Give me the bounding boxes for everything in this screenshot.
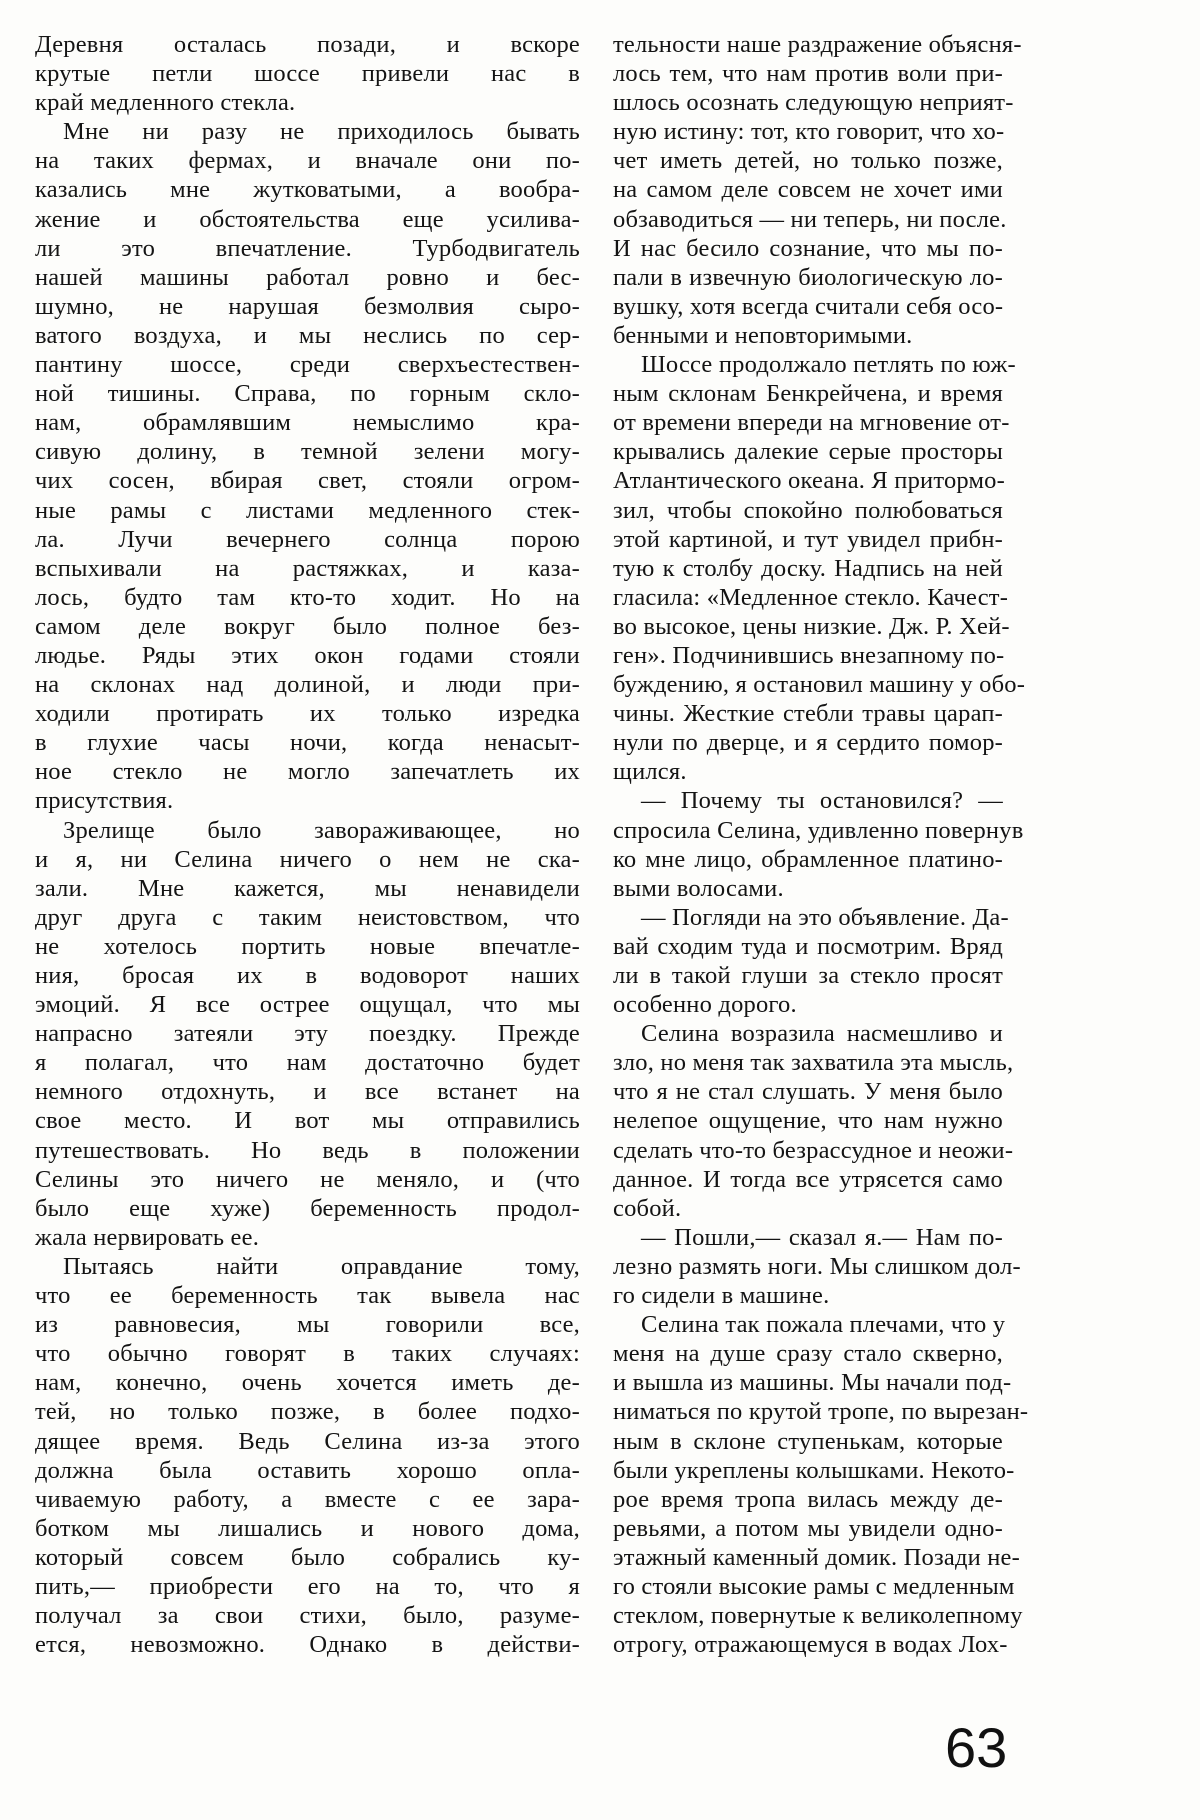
text-line: и я, ни Селина ничего о нем не ска-	[35, 845, 580, 874]
text-line: я полагал, что нам достаточно будет	[35, 1048, 580, 1077]
text-line: чины. Жесткие стебли травы царап-	[613, 699, 1003, 728]
text-line: нам, обрамлявшим немыслимо кра-	[35, 408, 580, 437]
text-line: крутые петли шоссе привели нас в	[35, 59, 580, 88]
text-line: который совсем было собрались ку-	[35, 1543, 580, 1572]
text-line: что я не стал слушать. У меня было	[613, 1077, 1003, 1106]
text-line: казались мне жутковатыми, а вообра-	[35, 175, 580, 204]
text-line: из равновесия, мы говорили все,	[35, 1310, 580, 1339]
text-line: этой картиной, и тут увидел прибн-	[613, 525, 1003, 554]
text-line: свое место. И вот мы отправились	[35, 1106, 580, 1135]
text-line: получал за свои стихи, было, разуме-	[35, 1601, 580, 1630]
text-line: Селина возразила насмешливо и	[613, 1019, 1003, 1048]
text-line: ные рамы с листами медленного стек-	[35, 496, 580, 525]
text-line: пить,— приобрести его на то, что я	[35, 1572, 580, 1601]
text-line: данное. И тогда все утрясется само	[613, 1165, 1003, 1194]
text-line: ген». Подчинившись внезапному по-	[613, 641, 1003, 670]
text-line: нашей машины работал ровно и бес-	[35, 263, 580, 292]
text-line: жала нервировать ее.	[35, 1223, 580, 1252]
text-line: Зрелище было завораживающее, но	[35, 816, 580, 845]
text-line: — Погляди на это объявление. Да-	[613, 903, 1003, 932]
text-line: на склонах над долиной, и люди при-	[35, 670, 580, 699]
text-line: шлось осознать следующую неприят-	[613, 88, 1003, 117]
text-line: ным в склоне ступенькам, которые	[613, 1427, 1003, 1456]
page-number: 63	[945, 1720, 1007, 1776]
text-line: Деревня осталась позади, и вскоре	[35, 30, 580, 59]
text-line: бенными и неповторимыми.	[613, 321, 1003, 350]
text-line: лось, будто там кто-то ходит. Но на	[35, 583, 580, 612]
text-line: вай сходим туда и посмотрим. Вряд	[613, 932, 1003, 961]
text-line: Шоссе продолжало петлять по юж-	[613, 350, 1003, 379]
text-line: во высокое, цены низкие. Дж. Р. Хей-	[613, 612, 1003, 641]
text-line: людье. Ряды этих окон годами стояли	[35, 641, 580, 670]
text-line: обзаводиться — ни теперь, ни после.	[613, 205, 1003, 234]
text-line: буждению, я остановил машину у обо-	[613, 670, 1003, 699]
text-line: лезно размять ноги. Мы слишком дол-	[613, 1252, 1003, 1281]
text-line: сделать что-то безрассудное и неожи-	[613, 1136, 1003, 1165]
text-line: чих сосен, вбирая свет, стояли огром-	[35, 466, 580, 495]
text-line: отрогу, отражающемуся в водах Лох-	[613, 1630, 1003, 1659]
text-line: Атлантического океана. Я притормо-	[613, 466, 1003, 495]
text-line: стеклом, повернутые к великолепному	[613, 1601, 1003, 1630]
text-line: рое время тропа вилась между де-	[613, 1485, 1003, 1514]
text-line: зали. Мне кажется, мы ненавидели	[35, 874, 580, 903]
text-line: Селина так пожала плечами, что у	[613, 1310, 1003, 1339]
text-line: на самом деле совсем не хочет ими	[613, 175, 1003, 204]
text-line: край медленного стекла.	[35, 88, 580, 117]
text-line: путешествовать. Но ведь в положении	[35, 1136, 580, 1165]
text-line: чиваемую работу, а вместе с ее зара-	[35, 1485, 580, 1514]
text-line: щился.	[613, 757, 1003, 786]
text-line: чет иметь детей, но только позже,	[613, 146, 1003, 175]
text-line: ным склонам Бенкрейчена, и время	[613, 379, 1003, 408]
text-line: ния, бросая их в водоворот наших	[35, 961, 580, 990]
text-line: спросила Селина, удивленно повернув	[613, 816, 1003, 845]
text-line: немного отдохнуть, и все встанет на	[35, 1077, 580, 1106]
text-line: особенно дорого.	[613, 990, 1003, 1019]
text-line: ное стекло не могло запечатлеть их	[35, 757, 580, 786]
text-line: пантину шоссе, среди сверхъестествен-	[35, 350, 580, 379]
text-line: были укреплены колышками. Некото-	[613, 1456, 1003, 1485]
text-line: присутствия.	[35, 786, 580, 815]
left-text-column: Деревня осталась позади, и вскорекрутые …	[35, 30, 580, 1659]
text-line: ную истину: тот, кто говорит, что хо-	[613, 117, 1003, 146]
text-line: шумно, не нарушая безмолвия сыро-	[35, 292, 580, 321]
text-line: нули по дверце, и я сердито помор-	[613, 728, 1003, 757]
text-line: ревьями, а потом мы увидели одно-	[613, 1514, 1003, 1543]
text-line: го стояли высокие рамы с медленным	[613, 1572, 1003, 1601]
right-text-column: тельности наше раздражение объясня-лось …	[613, 30, 1003, 1659]
text-line: в глухие часы ночи, когда ненасыт-	[35, 728, 580, 757]
text-line: ватого воздуха, и мы неслись по сер-	[35, 321, 580, 350]
text-line: ниматься по крутой тропе, по вырезан-	[613, 1397, 1003, 1426]
text-line: на таких фермах, и вначале они по-	[35, 146, 580, 175]
text-line: ко мне лицо, обрамленное платино-	[613, 845, 1003, 874]
text-line: пали в извечную биологическую ло-	[613, 263, 1003, 292]
text-line: — Пошли,— сказал я.— Нам по-	[613, 1223, 1003, 1252]
text-line: было еще хуже) беременность продол-	[35, 1194, 580, 1223]
text-line: вушку, хотя всегда считали себя осо-	[613, 292, 1003, 321]
text-line: ной тишины. Справа, по горным скло-	[35, 379, 580, 408]
text-line: что обычно говорят в таких случаях:	[35, 1339, 580, 1368]
text-line: ла. Лучи вечернего солнца порою	[35, 525, 580, 554]
text-line: лось тем, что нам против воли при-	[613, 59, 1003, 88]
text-line: тей, но только позже, в более подхо-	[35, 1397, 580, 1426]
text-line: самом деле вокруг было полное без-	[35, 612, 580, 641]
text-line: и вышла из машины. Мы начали под-	[613, 1368, 1003, 1397]
text-line: ли это впечатление. Турбодвигатель	[35, 234, 580, 263]
text-line: жение и обстоятельства еще усилива-	[35, 205, 580, 234]
text-line: го сидели в машине.	[613, 1281, 1003, 1310]
text-line: друг друга с таким неистовством, что	[35, 903, 580, 932]
text-line: дящее время. Ведь Селина из-за этого	[35, 1427, 580, 1456]
text-line: нелепое ощущение, что нам нужно	[613, 1106, 1003, 1135]
text-line: тельности наше раздражение объясня-	[613, 30, 1003, 59]
text-line: ходили протирать их только изредка	[35, 699, 580, 728]
text-line: вспыхивали на растяжках, и каза-	[35, 554, 580, 583]
text-line: не хотелось портить новые впечатле-	[35, 932, 580, 961]
text-line: этажный каменный домик. Позади не-	[613, 1543, 1003, 1572]
text-line: зло, но меня так захватила эта мысль,	[613, 1048, 1003, 1077]
text-line: ботком мы лишались и нового дома,	[35, 1514, 580, 1543]
text-line: должна была оставить хорошо опла-	[35, 1456, 580, 1485]
text-line: Мне ни разу не приходилось бывать	[35, 117, 580, 146]
text-line: от времени впереди на мгновение от-	[613, 408, 1003, 437]
text-line: гласила: «Медленное стекло. Качест-	[613, 583, 1003, 612]
text-line: ется, невозможно. Однако в действи-	[35, 1630, 580, 1659]
text-line: Селины это ничего не меняло, и (что	[35, 1165, 580, 1194]
text-line: собой.	[613, 1194, 1003, 1223]
text-line: эмоций. Я все острее ощущал, что мы	[35, 990, 580, 1019]
text-line: Пытаясь найти оправдание тому,	[35, 1252, 580, 1281]
text-line: нам, конечно, очень хочется иметь де-	[35, 1368, 580, 1397]
text-line: — Почему ты остановился? —	[613, 786, 1003, 815]
text-line: тую к столбу доску. Надпись на ней	[613, 554, 1003, 583]
text-line: крывались далекие серые просторы	[613, 437, 1003, 466]
text-line: И нас бесило сознание, что мы по-	[613, 234, 1003, 263]
text-line: ли в такой глуши за стекло просят	[613, 961, 1003, 990]
book-page: Деревня осталась позади, и вскорекрутые …	[0, 0, 1032, 1820]
text-line: меня на душе сразу стало скверно,	[613, 1339, 1003, 1368]
text-line: сивую долину, в темной зелени могу-	[35, 437, 580, 466]
text-line: что ее беременность так вывела нас	[35, 1281, 580, 1310]
text-line: выми волосами.	[613, 874, 1003, 903]
text-line: зил, чтобы спокойно полюбоваться	[613, 496, 1003, 525]
text-line: напрасно затеяли эту поездку. Прежде	[35, 1019, 580, 1048]
